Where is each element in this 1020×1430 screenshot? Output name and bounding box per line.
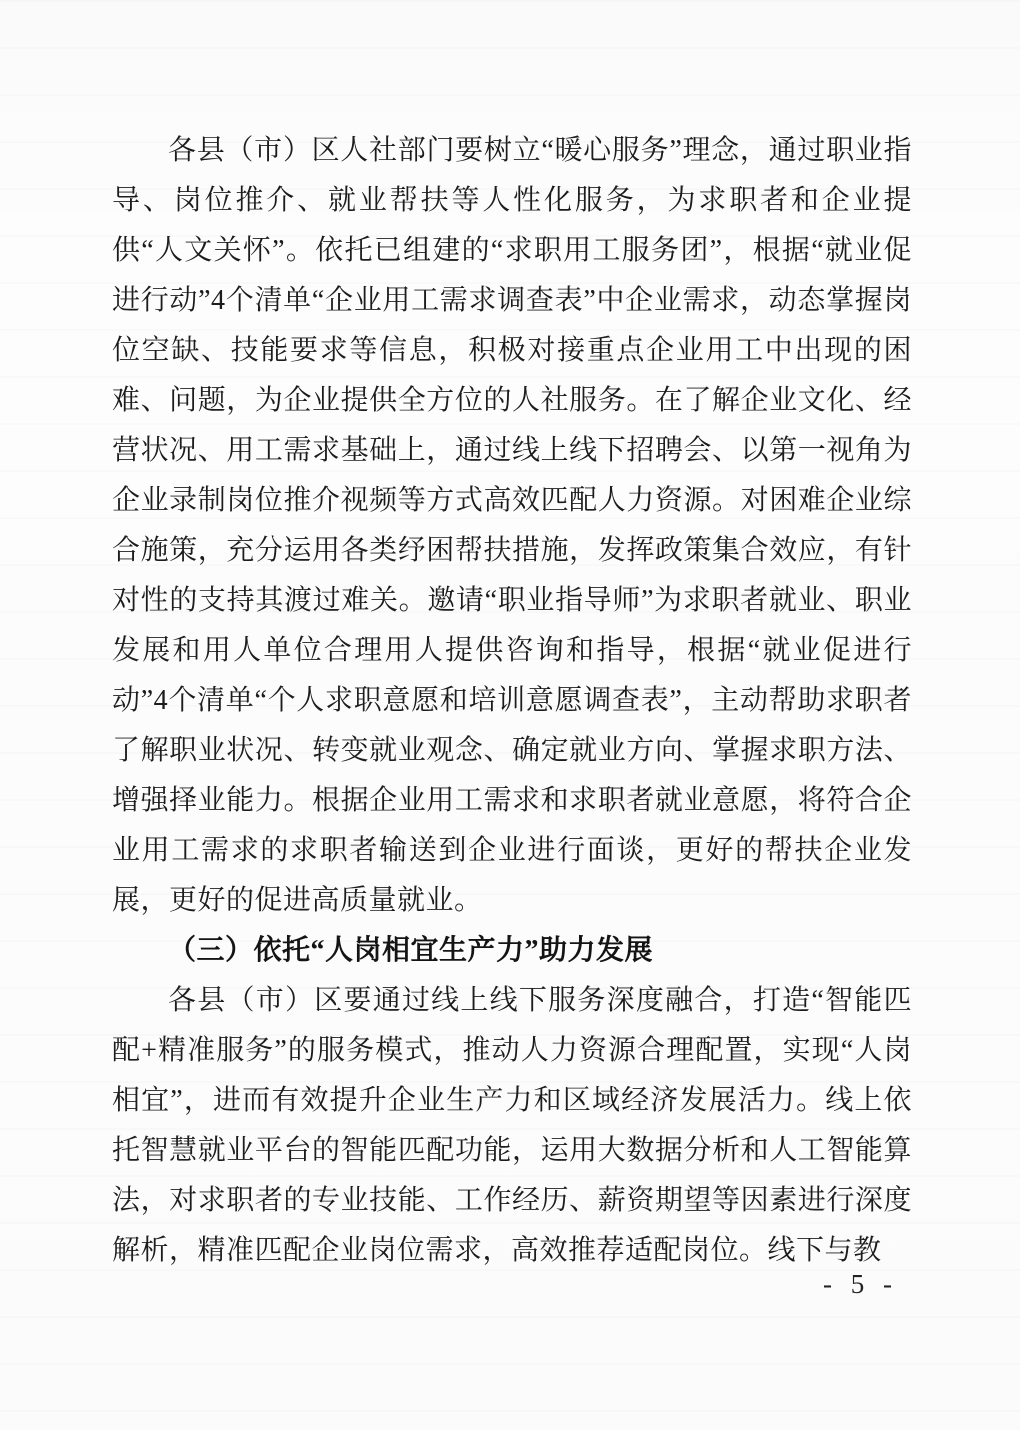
page-number: - 5 -: [823, 1268, 898, 1300]
document-body: 各县（市）区人社部门要树立“暖心服务”理念，通过职业指导、岗位推介、就业帮扶等人…: [112, 126, 912, 1276]
paragraph-smart-matching: 各县（市）区要通过线上线下服务深度融合，打造“智能匹配+精准服务”的服务模式，推…: [112, 976, 912, 1276]
paragraph-warm-service: 各县（市）区人社部门要树立“暖心服务”理念，通过职业指导、岗位推介、就业帮扶等人…: [112, 126, 912, 926]
document-page: 各县（市）区人社部门要树立“暖心服务”理念，通过职业指导、岗位推介、就业帮扶等人…: [0, 0, 1020, 1430]
section-heading: （三）依托“人岗相宜生产力”助力发展: [112, 926, 912, 976]
